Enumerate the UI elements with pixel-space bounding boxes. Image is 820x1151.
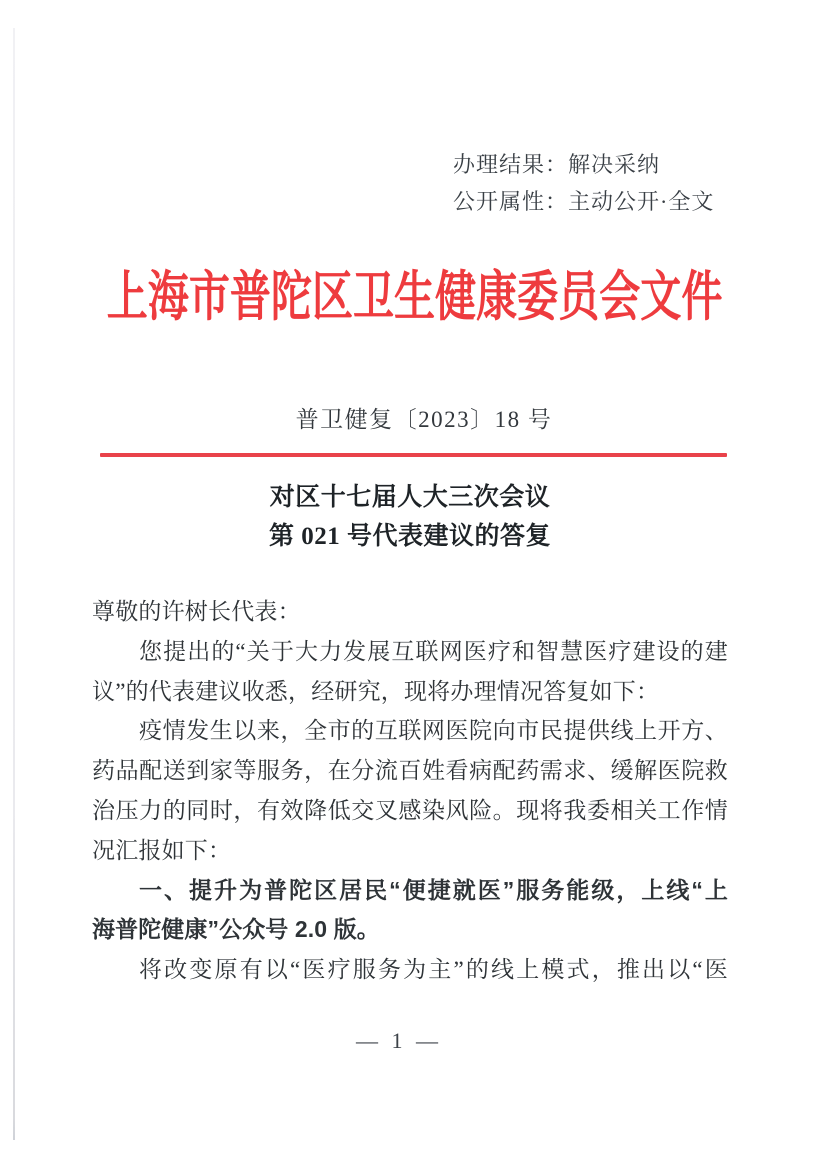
red-divider-line [100, 453, 727, 457]
body-line: 治压力的同时，有效降低交叉感染风险。现将我委相关工作情 [92, 791, 728, 831]
body-line: 议”的代表建议收悉，经研究，现将办理情况答复如下： [92, 672, 728, 712]
document-page: 办理结果：解决采纳 公开属性：主动公开·全文 上海市普陀区卫生健康委员会文件 普… [0, 0, 820, 1151]
subject-line-2: 第 021 号代表建议的答复 [0, 517, 820, 556]
body-line: 您提出的“关于大力发展互联网医疗和智慧医疗建设的建 [92, 632, 728, 672]
agency-title: 上海市普陀区卫生健康委员会文件 [107, 266, 723, 328]
scan-edge-artifact [13, 28, 15, 1140]
body-line: 海普陀健康”公众号 2.0 版。 [92, 910, 728, 950]
body-line: 况汇报如下： [92, 831, 728, 871]
body-text: 尊敬的许树长代表：您提出的“关于大力发展互联网医疗和智慧医疗建设的建议”的代表建… [92, 592, 728, 990]
admin-info-block: 办理结果：解决采纳 公开属性：主动公开·全文 [453, 146, 714, 220]
admin-result-line: 办理结果：解决采纳 [453, 146, 714, 183]
body-line: 将改变原有以“医疗服务为主”的线上模式，推出以“医 [92, 950, 728, 990]
page-number: — 1 — [0, 1028, 809, 1054]
document-number: 普卫健复〔2023〕18 号 [14, 405, 820, 435]
admin-publicity-line: 公开属性：主动公开·全文 [453, 183, 714, 220]
body-line: 疫情发生以来，全市的互联网医院向市民提供线上开方、 [92, 711, 728, 751]
body-line: 药品配送到家等服务，在分流百姓看病配药需求、缓解医院救 [92, 751, 728, 791]
letterhead: 上海市普陀区卫生健康委员会文件 [0, 266, 820, 328]
subject-line-1: 对区十七届人大三次会议 [0, 478, 820, 517]
body-line: 一、提升为普陀区居民“便捷就医”服务能级，上线“上 [92, 871, 728, 911]
subject-heading: 对区十七届人大三次会议 第 021 号代表建议的答复 [0, 478, 820, 556]
body-line: 尊敬的许树长代表： [92, 592, 728, 632]
